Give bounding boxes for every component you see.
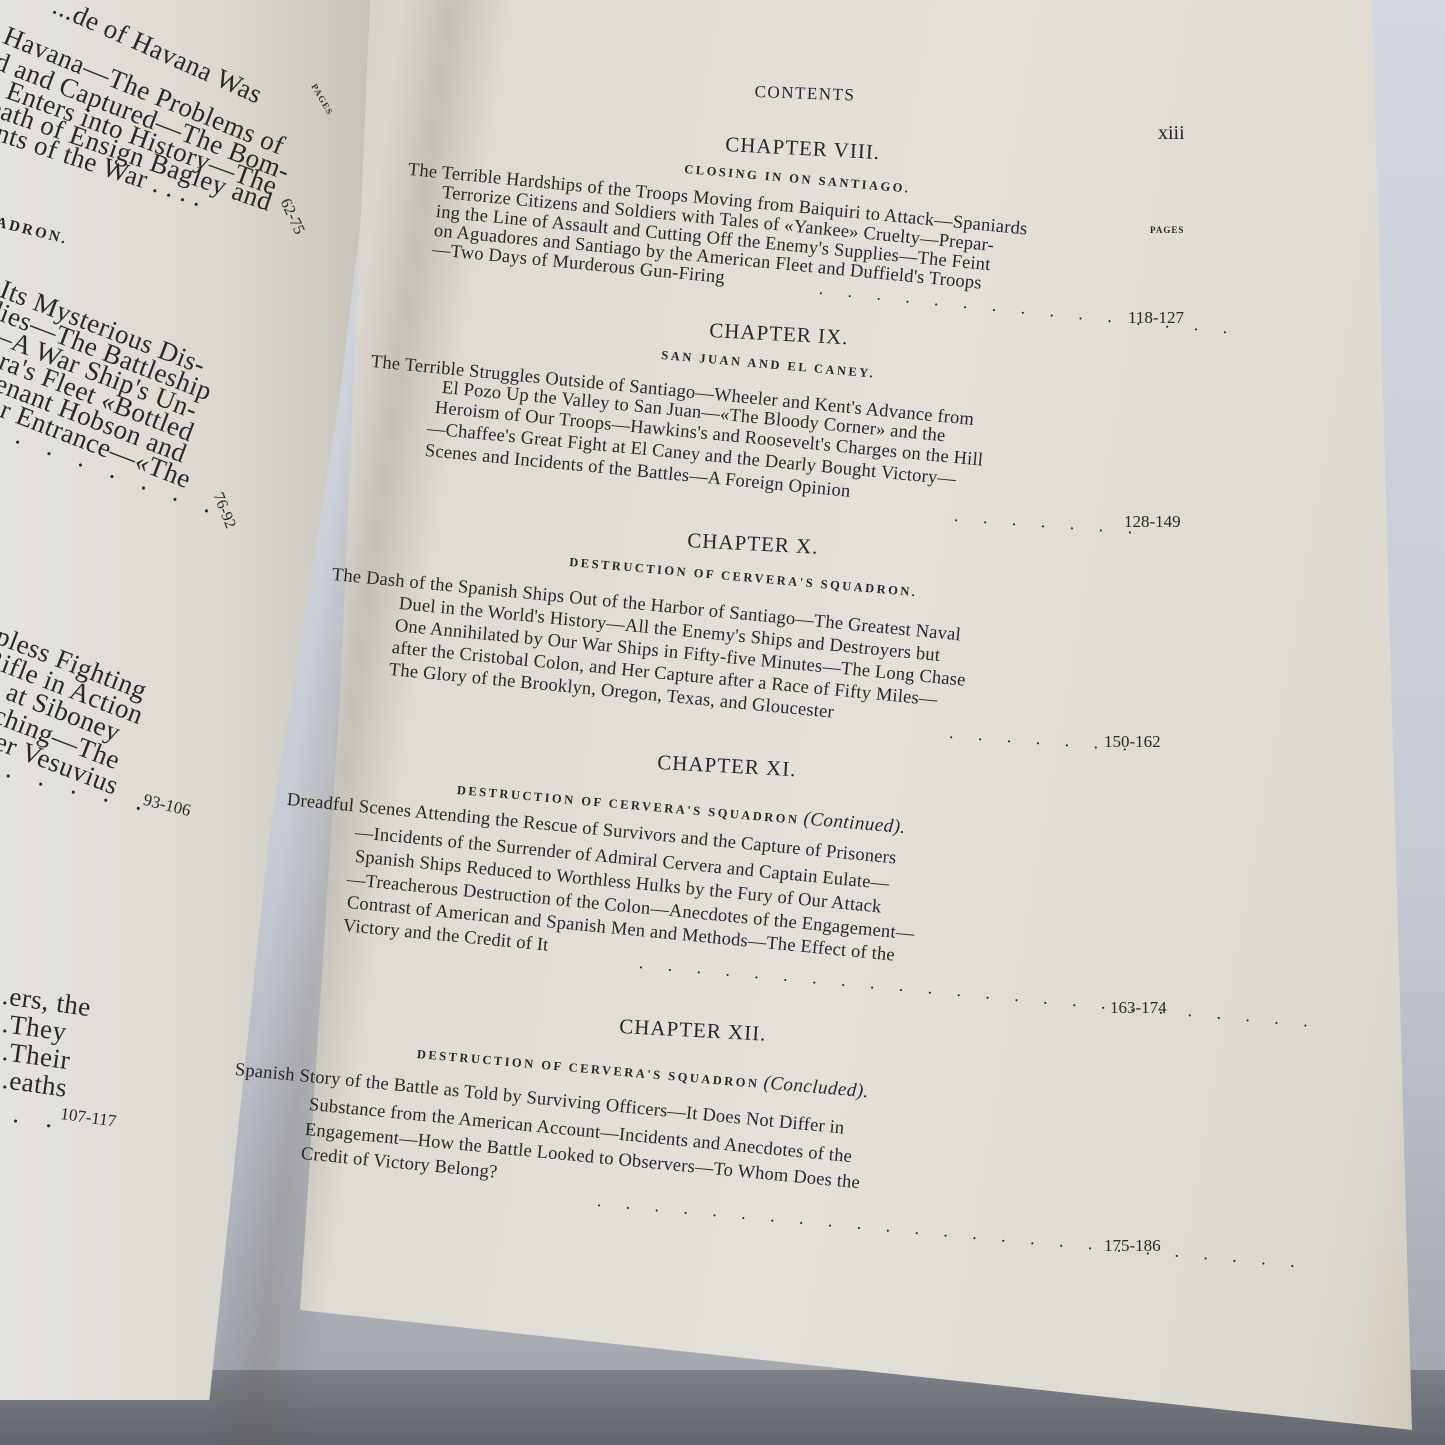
chapter-heading: CHAPTER VIII. [725,132,881,165]
right-page-text: CONTENTS xiii PAGES CHAPTER VIII. CLOSIN… [0,0,1445,1445]
chapter-heading: CHAPTER XII. [619,1014,767,1047]
page-range: 163-174 [1110,998,1167,1018]
chapter-title-suffix-text: (Concluded). [763,1072,870,1102]
leader-dots: . . . . . . . [954,505,1144,539]
chapter-title-suffix: (Continued). [803,813,906,836]
page-number: xiii [1158,122,1185,145]
pages-column-label: PAGES [1150,225,1184,235]
page-range: 128-149 [1124,512,1181,532]
page-range: 118-127 [1128,308,1184,328]
leader-dots: . . . . . . . . . . . . . . . . . . . . … [596,1190,1306,1273]
chapter-heading: CHAPTER X. [687,528,819,560]
chapter-heading: CHAPTER XI. [657,750,797,782]
chapter-title-suffix-text: (Continued). [803,808,907,838]
running-head: CONTENTS [754,82,855,106]
page-range: 150-162 [1104,732,1161,752]
chapter-title-suffix: (Concluded). [763,1077,870,1100]
chapter-heading: CHAPTER IX. [709,318,849,350]
chapter-title: SAN JUAN AND EL CANEY. [661,348,876,382]
page-range: 175-186 [1104,1236,1161,1256]
